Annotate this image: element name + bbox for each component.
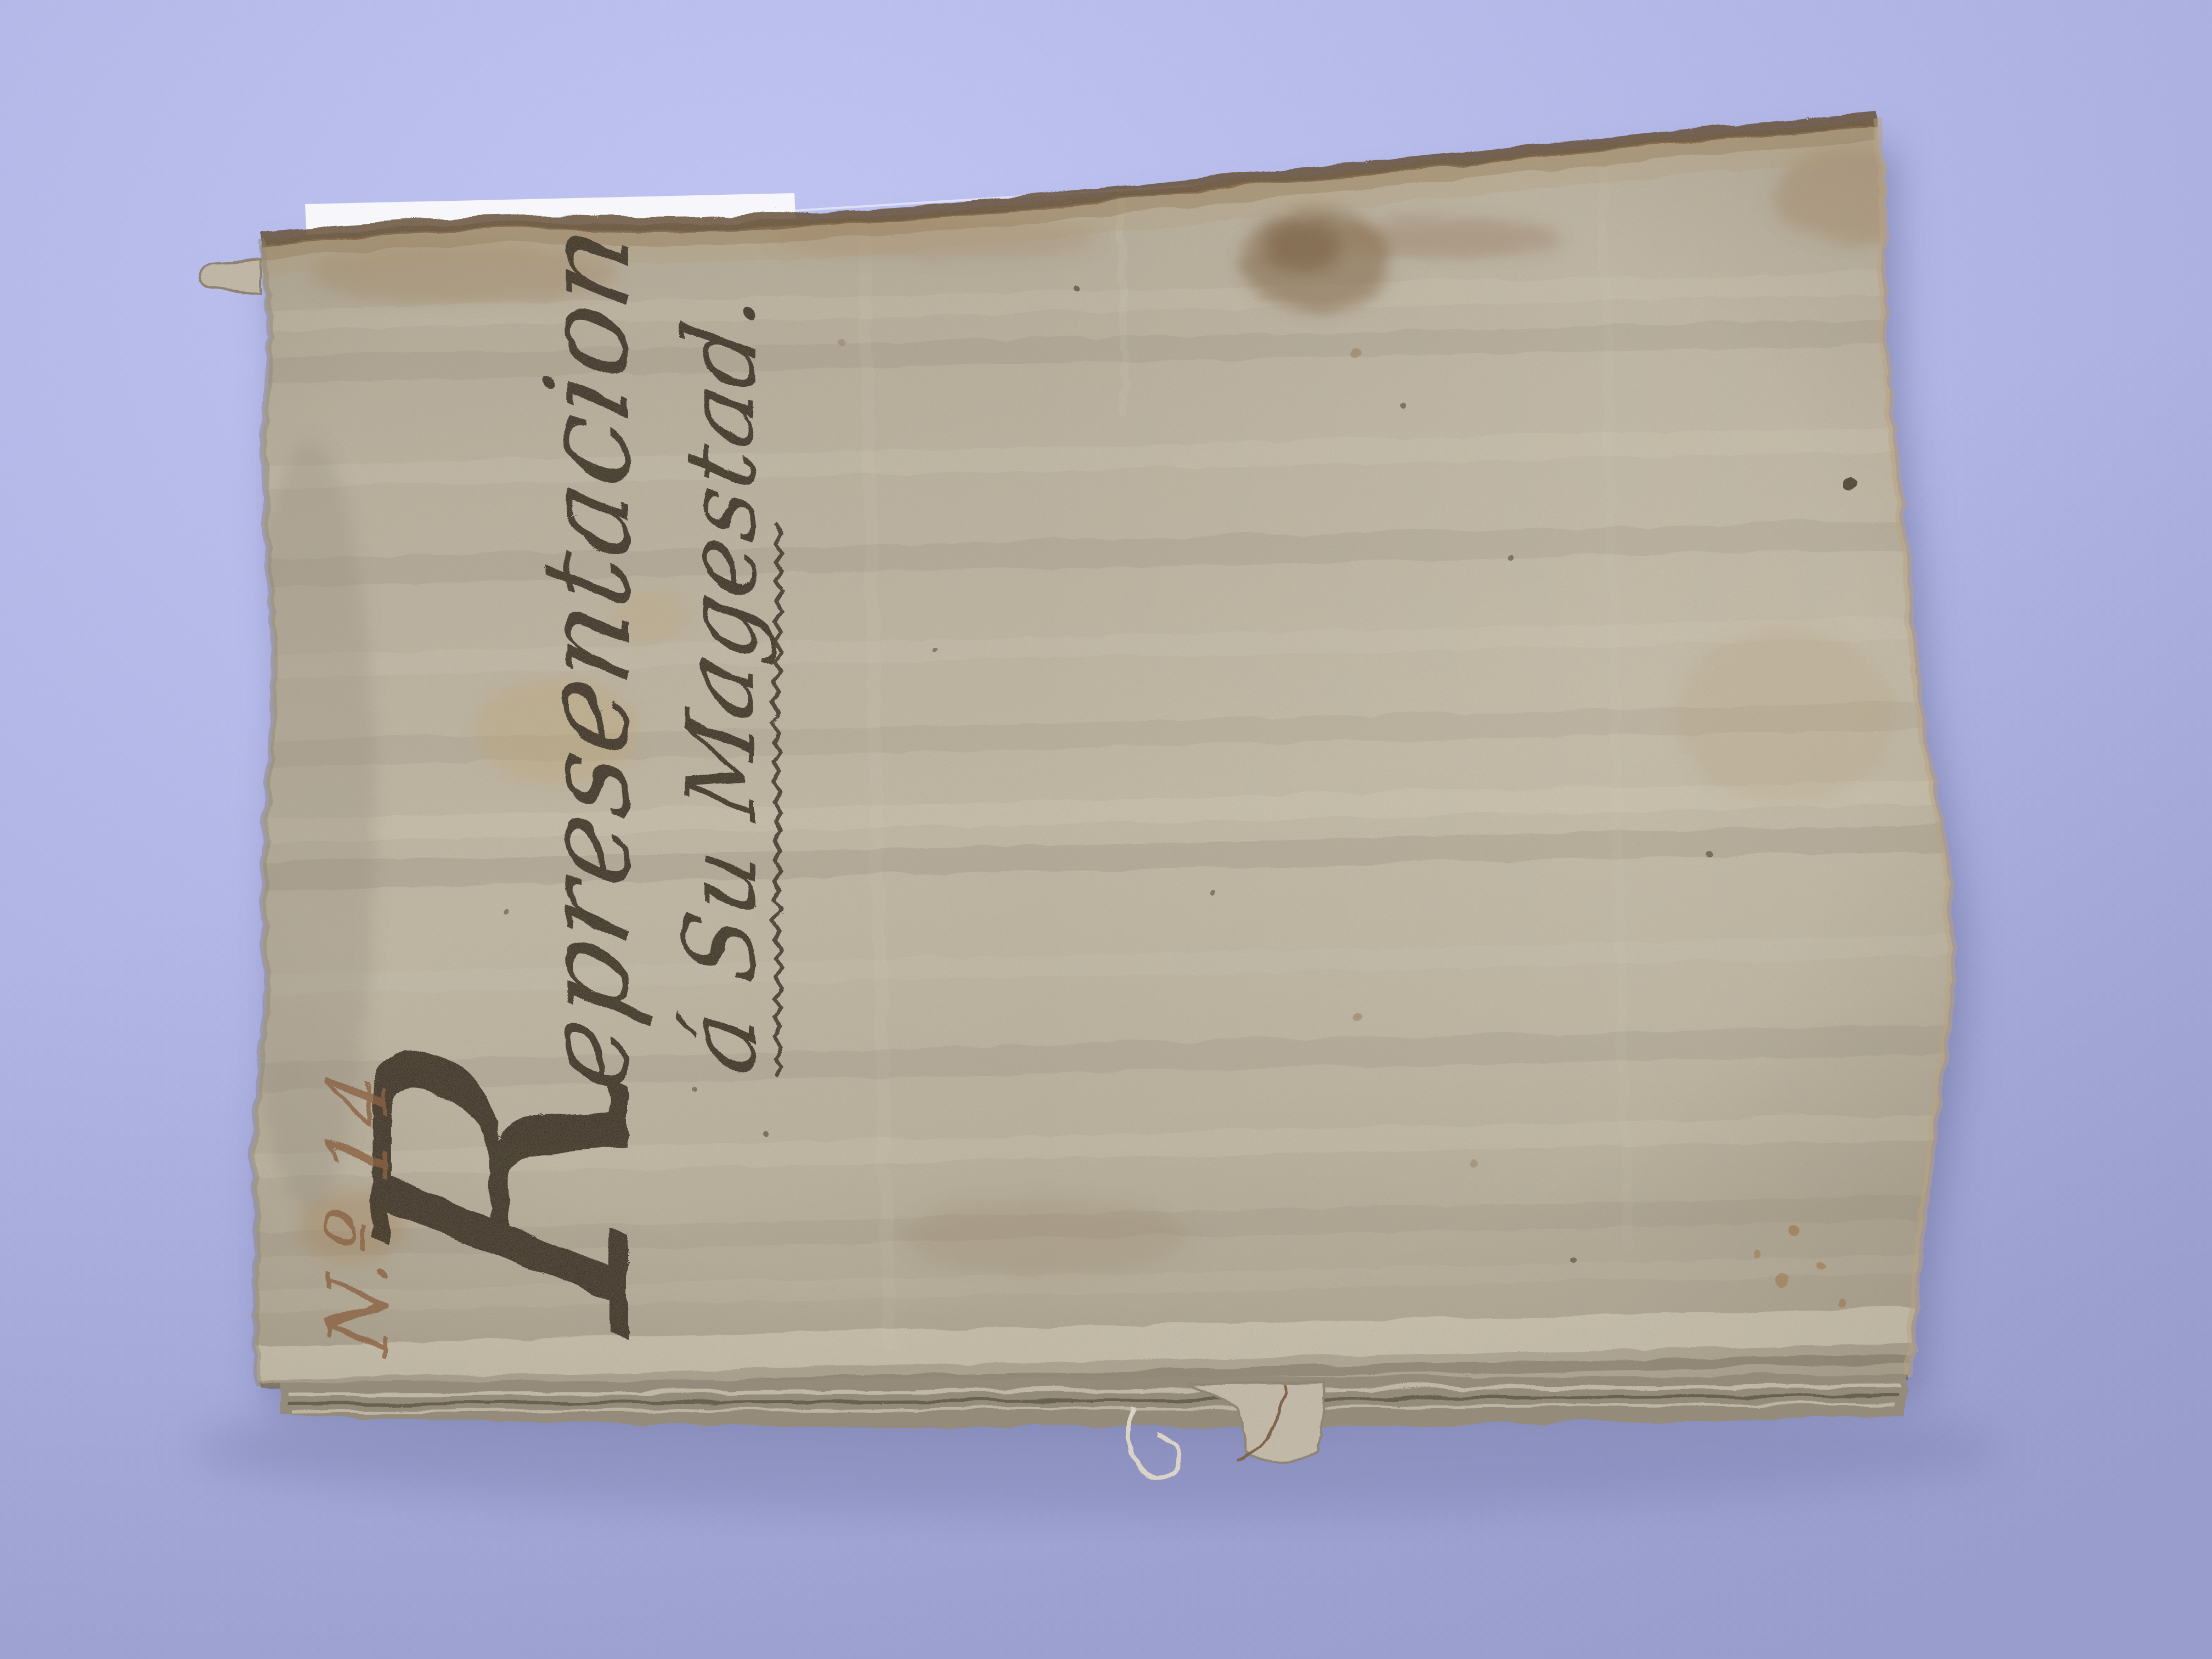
title-line2: á Su Magestad.: [663, 276, 775, 1080]
title-line1: epresentacion: [516, 211, 653, 1101]
archival-number: N.º 14: [308, 1057, 404, 1362]
manuscript-photo-canvas: R epresentacion á Su Magestad. N.º 14: [0, 0, 2212, 1659]
archival-number-block: N.º 14: [308, 1057, 404, 1362]
photo-of-manuscript: R epresentacion á Su Magestad. N.º 14: [0, 0, 2212, 1659]
page-stack-edges: [277, 1373, 1906, 1425]
